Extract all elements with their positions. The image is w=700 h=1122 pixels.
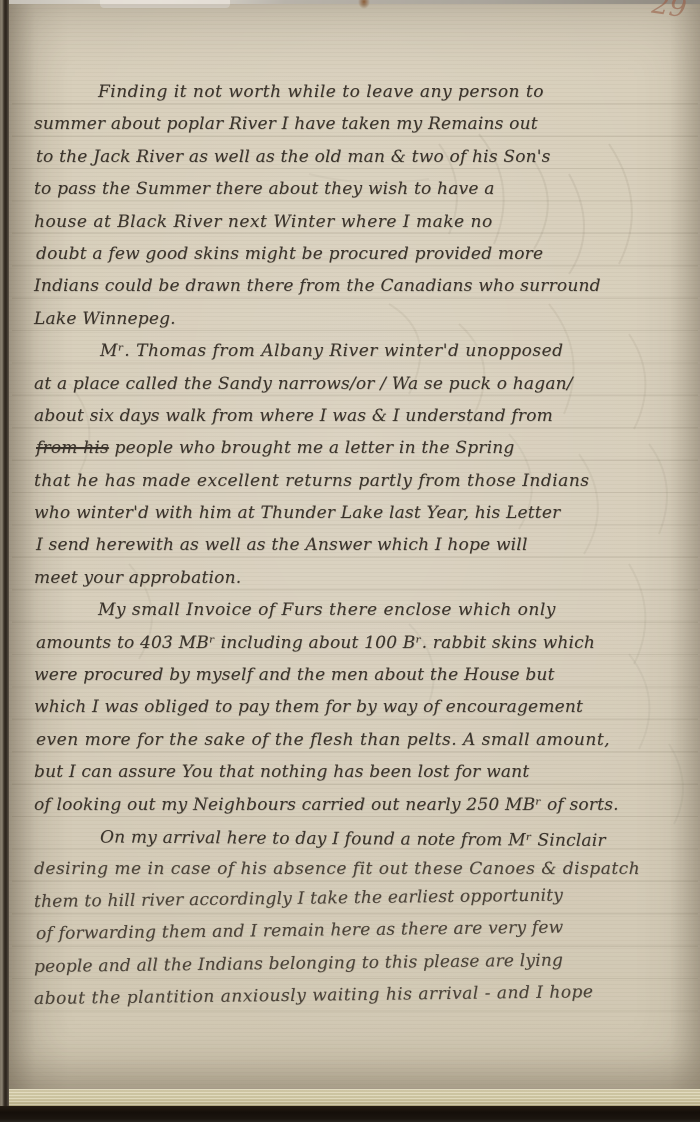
manuscript-text: Finding it not worth while to leave any … <box>34 76 684 1015</box>
manuscript-line: I send herewith as well as the Answer wh… <box>36 529 684 561</box>
manuscript-line: Lake Winnepeg. <box>34 303 684 335</box>
manuscript-line: summer about poplar River I have taken m… <box>34 108 684 140</box>
manuscript-line: which I was obliged to pay them for by w… <box>34 691 684 723</box>
paper-stain <box>358 0 370 9</box>
manuscript-line: to pass the Summer there about they wish… <box>34 173 684 205</box>
manuscript-line: at a place called the Sandy narrows/or /… <box>34 368 684 400</box>
page-top-edge-highlight <box>100 0 230 8</box>
manuscript-line: but I can assure You that nothing has be… <box>34 756 684 788</box>
manuscript-line: to the Jack River as well as the old man… <box>36 141 684 173</box>
line-continuation: people who brought me a letter in the Sp… <box>109 438 515 458</box>
manuscript-line: Finding it not worth while to leave any … <box>34 76 684 108</box>
manuscript-line: that he has made excellent returns partl… <box>34 465 684 497</box>
manuscript-line: meet your approbation. <box>34 562 684 594</box>
manuscript-line: On my arrival here to day I found a note… <box>36 821 684 858</box>
manuscript-scan: 29 Finding it not worth while to leave a… <box>0 0 700 1122</box>
book-gutter-edge <box>0 0 9 1122</box>
page-stack-edge <box>9 1089 700 1106</box>
manuscript-line: even more for the sake of the flesh than… <box>36 724 684 756</box>
manuscript-line: from his people who brought me a letter … <box>36 432 684 464</box>
manuscript-line: house at Black River next Winter where I… <box>34 206 684 238</box>
manuscript-line: who winter'd with him at Thunder Lake la… <box>34 497 684 529</box>
manuscript-line: Indians could be drawn there from the Ca… <box>34 270 684 302</box>
manuscript-line: about six days walk from where I was & I… <box>34 400 684 432</box>
manuscript-line: about the plantition anxiously waiting h… <box>34 975 684 1015</box>
manuscript-line: Mʳ. Thomas from Albany River winter'd un… <box>36 335 684 367</box>
book-cover-edge <box>0 1106 700 1122</box>
struck-words: from his <box>36 438 109 458</box>
manuscript-line: were procured by myself and the men abou… <box>34 659 684 691</box>
manuscript-line: of looking out my Neighbours carried out… <box>34 789 684 821</box>
manuscript-line: doubt a few good skins might be procured… <box>36 238 684 270</box>
manuscript-line: My small Invoice of Furs there enclose w… <box>34 594 684 626</box>
manuscript-line: amounts to 403 MBʳ including about 100 B… <box>36 627 684 659</box>
